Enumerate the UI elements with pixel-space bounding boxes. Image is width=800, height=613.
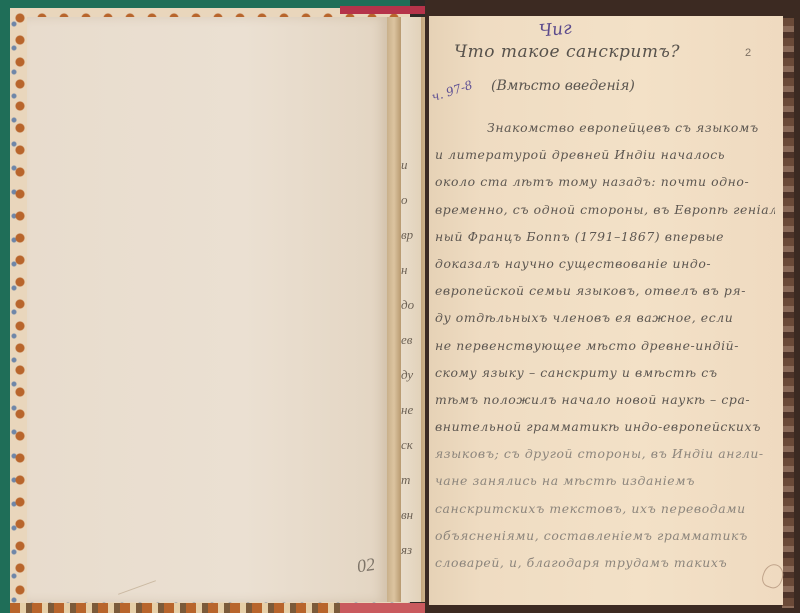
violet-annotation-side: ч. 97-8	[430, 78, 474, 104]
text-body: Знакомство европейцевъ съ языкомъ и лите…	[435, 114, 775, 576]
text-line: скому языку – санскриту и вмѣстѣ съ	[435, 359, 775, 386]
book-spread: 02 и о вр н до ев ду не ск т вн яз 2 Чиг…	[0, 0, 800, 613]
text-line: ный Францъ Боппъ (1791–1867) впервые	[435, 223, 775, 250]
stub-letters: и о вр н до ев ду не ск т вн яз	[401, 157, 421, 558]
stub-letter: ск	[401, 437, 421, 453]
stub-letter: н	[401, 262, 421, 278]
text-line: и литературой древней Индіи началось	[435, 141, 775, 168]
text-line: объясненіями, составленіемъ грамматикъ	[435, 522, 775, 549]
page-title: Что такое санскритъ?	[454, 42, 680, 62]
text-line: языковъ; съ другой стороны, въ Индіи анг…	[435, 440, 775, 467]
stub-letter: ду	[401, 367, 421, 383]
gutter-shadow	[387, 17, 401, 602]
text-line: не первенствующее мѣсто древне-индій-	[435, 332, 775, 359]
text-line: доказалъ научно существованіе индо-	[435, 250, 775, 277]
text-line: ду отдѣльныхъ членовъ ея важное, если	[435, 304, 775, 331]
paper-crease	[118, 580, 156, 595]
stub-letter: ев	[401, 332, 421, 348]
left-folio-mark: 02	[356, 554, 377, 577]
text-line: внительной грамматикѣ индо-европейскихъ	[435, 413, 775, 440]
spine-red-bottom	[335, 603, 430, 613]
stub-letter: и	[401, 157, 421, 173]
left-page-blank: 02	[27, 17, 387, 602]
text-line: тѣмъ положилъ начало новой наукѣ – сра-	[435, 386, 775, 413]
stub-letter: не	[401, 402, 421, 418]
right-cover-edge	[782, 18, 794, 608]
stub-letter: вн	[401, 507, 421, 523]
manuscript-text: Чиг Что такое санскритъ? ч. 97-8 (Вмѣсто…	[429, 16, 783, 605]
violet-annotation-top: Чиг	[538, 18, 573, 41]
spine-red-top	[340, 6, 430, 14]
text-line: Знакомство европейцевъ съ языкомъ	[435, 114, 775, 141]
stub-letter: яз	[401, 542, 421, 558]
page-stub: и о вр н до ев ду не ск т вн яз	[401, 17, 421, 602]
stub-letter: о	[401, 192, 421, 208]
stub-letter: вр	[401, 227, 421, 243]
text-line: чане занялись на мѣстѣ изданіемъ	[435, 467, 775, 494]
text-line: европейской семьи языковъ, отвелъ въ ря-	[435, 277, 775, 304]
right-page-manuscript: 2 Чиг Что такое санскритъ? ч. 97-8 (Вмѣс…	[429, 16, 783, 605]
text-line: санскритскихъ текстовъ, ихъ переводами	[435, 495, 775, 522]
text-line: словарей, и, благодаря трудамъ такихъ	[435, 549, 775, 576]
text-line: временно, съ одной стороны, въ Европѣ ге…	[435, 196, 775, 223]
text-line: около ста лѣтъ тому назадъ: почти одно-	[435, 168, 775, 195]
stub-letter: до	[401, 297, 421, 313]
stub-letter: т	[401, 472, 421, 488]
page-subtitle: (Вмѣсто введенія)	[491, 78, 635, 94]
marbled-bottom-border	[10, 603, 340, 613]
